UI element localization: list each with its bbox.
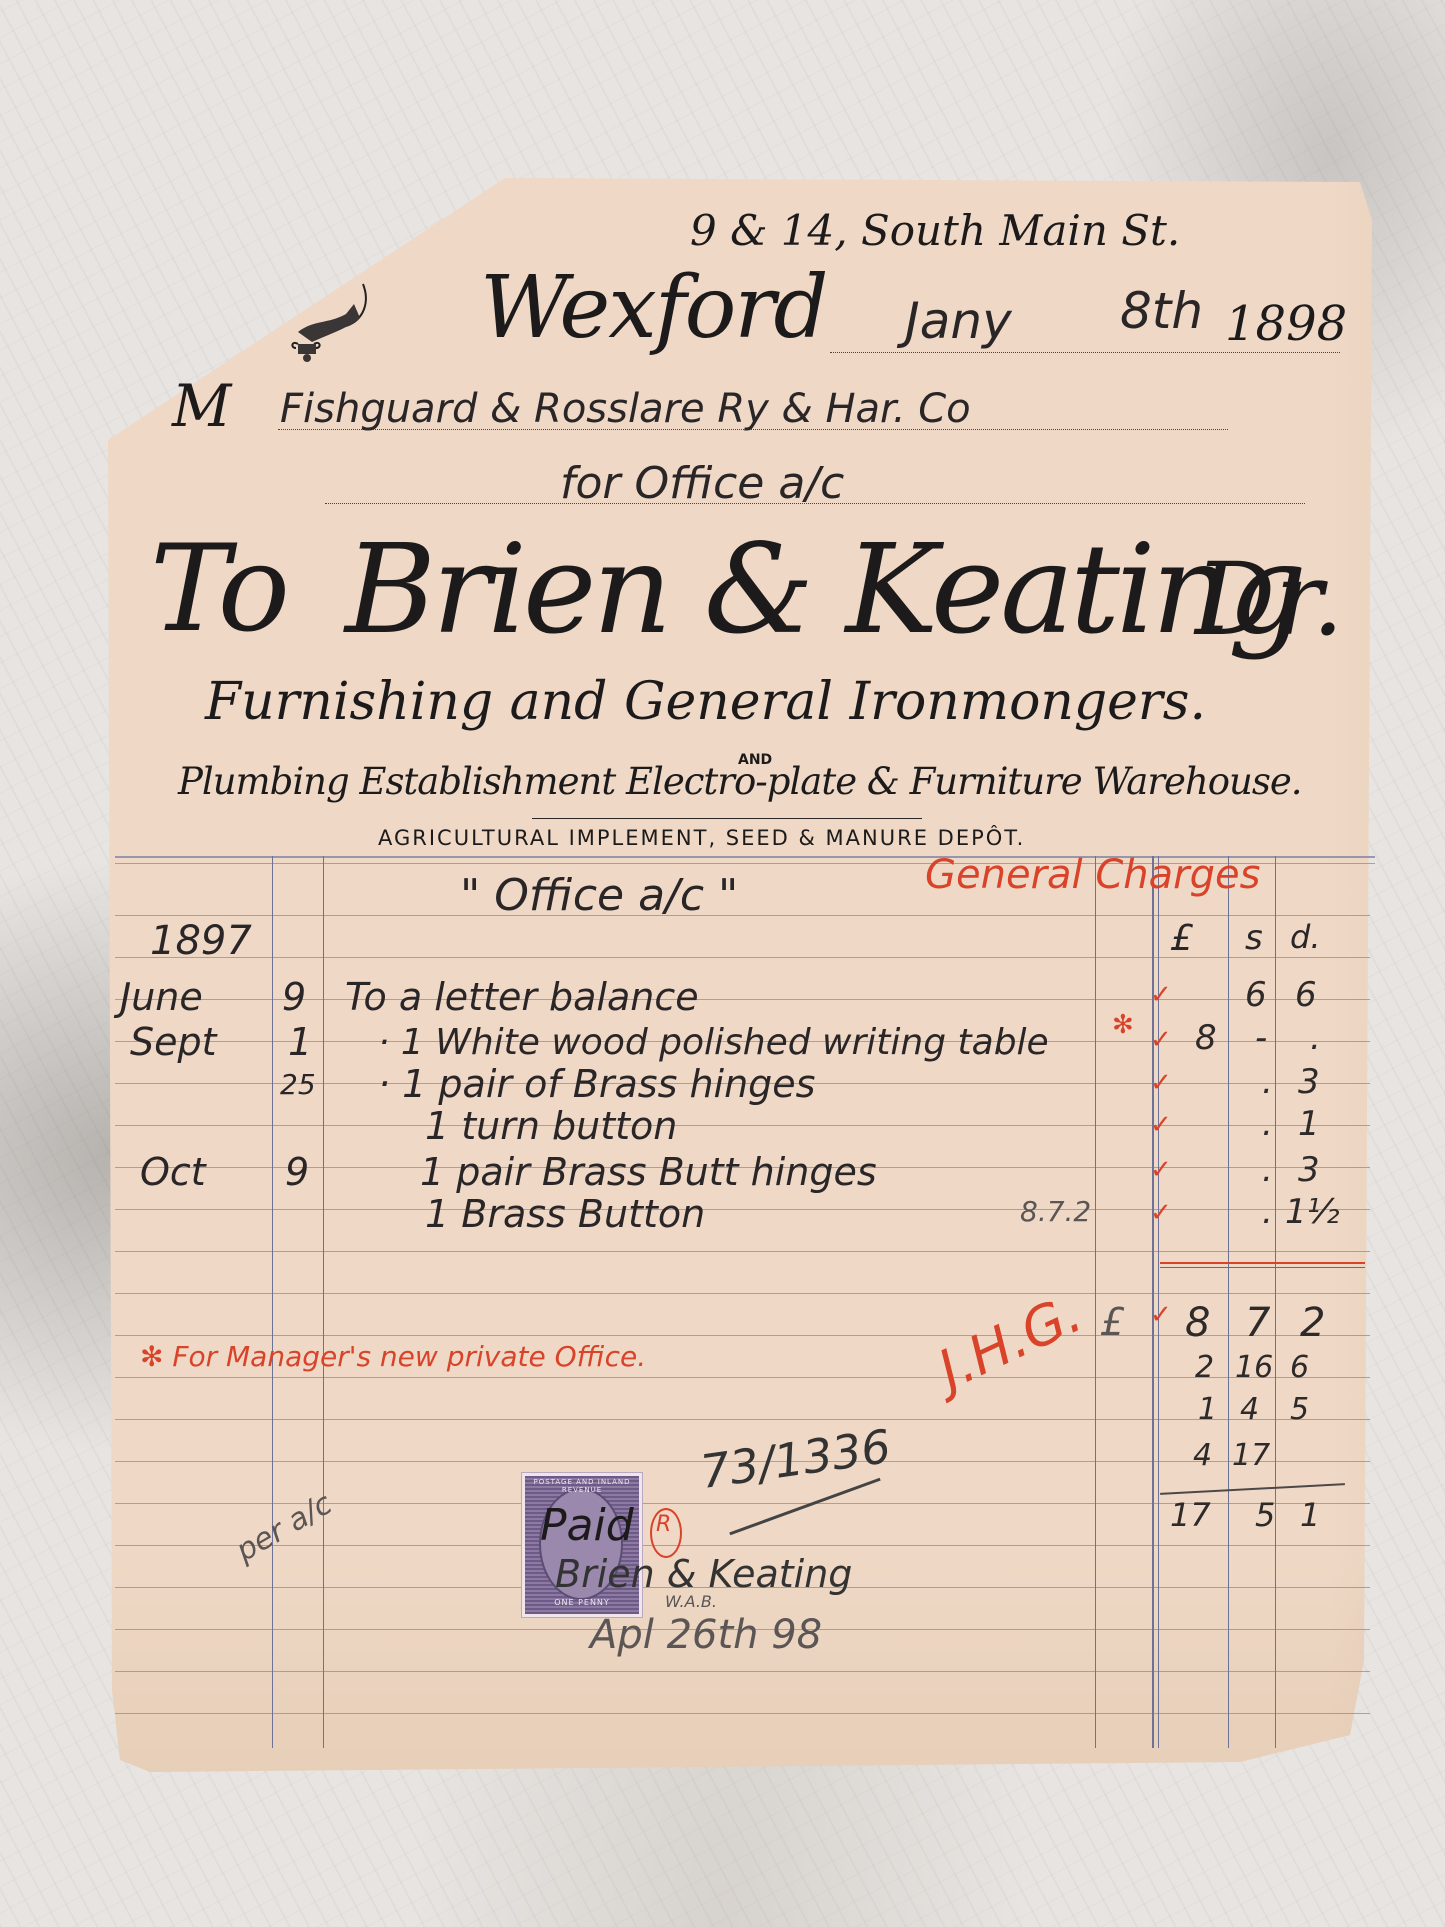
row-pounds: 8	[1195, 1018, 1217, 1058]
row-month: Oct	[140, 1150, 206, 1194]
row-shillings: .	[1262, 1150, 1273, 1190]
firm-debtor-suffix: Dr.	[1195, 540, 1344, 660]
for-office-line: for Office a/c	[560, 458, 844, 509]
ledger-year: 1897	[150, 918, 252, 964]
ledger-line	[115, 1671, 1370, 1672]
addition-shillings: 17	[1232, 1438, 1270, 1473]
ledger-line	[115, 1335, 1370, 1336]
row-description: 1 turn button	[425, 1104, 677, 1148]
total-pound-sign: £	[1100, 1300, 1124, 1344]
ledger-line	[115, 1209, 1370, 1210]
firm-name: Brien & Keating	[345, 520, 1303, 660]
row-pence: 3	[1298, 1150, 1320, 1190]
total-pounds: 8	[1185, 1300, 1210, 1346]
messrs-prefix: M	[172, 372, 231, 440]
total-pence: 2	[1300, 1300, 1325, 1346]
trade-line-1: Furnishing and General Ironmongers.	[205, 672, 1206, 732]
row-description: · 1 White wood polished writing table	[378, 1022, 1049, 1063]
receipt-date: Apl 26th 98	[590, 1612, 822, 1658]
row-description: To a letter balance	[345, 975, 699, 1019]
addition-shillings: 16	[1235, 1350, 1273, 1385]
grand-total-pence: 1	[1300, 1496, 1320, 1534]
row-day: 1	[288, 1020, 312, 1064]
ledger-line	[115, 1125, 1370, 1126]
receipt-initials: W.A.B.	[665, 1592, 717, 1611]
row-month: Sept	[130, 1020, 217, 1064]
row-pence: .	[1310, 1018, 1321, 1058]
row-pence: 6	[1295, 975, 1317, 1015]
ledger-line	[115, 1377, 1370, 1378]
red-general-charges: General Charges	[925, 852, 1260, 898]
ledger-line	[115, 1545, 1370, 1546]
ledger-line	[115, 1713, 1370, 1714]
column-shillings-divider	[1228, 856, 1229, 1748]
ledger-heading: " Office a/c "	[460, 870, 738, 921]
ledger-line	[115, 1419, 1370, 1420]
red-circle-letter: R	[656, 1512, 671, 1537]
red-footnote: ✻ For Manager's new private Office.	[140, 1340, 646, 1373]
customer-name: Fishguard & Rosslare Ry & Har. Co	[280, 386, 971, 432]
row-shillings: .	[1262, 1062, 1273, 1102]
row-day: 9	[285, 1150, 309, 1194]
red-check-icon: ✓	[1150, 1300, 1172, 1330]
red-check-icon: ✓	[1150, 1155, 1172, 1185]
red-check-icon: ✓	[1150, 1025, 1172, 1055]
ledger-line	[115, 1293, 1370, 1294]
row-pence: 1	[1298, 1104, 1320, 1144]
total-shillings: 7	[1245, 1300, 1270, 1346]
trade-line-2: Plumbing Establishment Electro-plate & F…	[178, 760, 1302, 803]
row-pence: 1½	[1285, 1192, 1340, 1232]
header-shillings: s	[1245, 918, 1263, 958]
row-shillings: 6	[1245, 975, 1267, 1015]
firm-to-prefix: To	[150, 520, 287, 660]
addition-pounds: 2	[1195, 1350, 1214, 1385]
address-line: 9 & 14, South Main St.	[690, 206, 1180, 255]
red-check-icon: ✓	[1150, 1068, 1172, 1098]
paid-mark: Paid	[540, 1500, 634, 1551]
header-pence: d.	[1290, 918, 1320, 956]
date-day: 8th	[1120, 282, 1203, 340]
red-check-icon: ✓	[1150, 1110, 1172, 1140]
ledger-line	[115, 1251, 1370, 1252]
column-month-divider	[272, 856, 273, 1748]
addition-pence: 5	[1290, 1392, 1309, 1427]
ledger-line	[115, 915, 1370, 916]
row-shillings: .	[1262, 1104, 1273, 1144]
stamp-top-text: POSTAGE AND INLAND REVENUE	[531, 1478, 633, 1494]
row-month: June	[120, 975, 203, 1019]
addition-pounds: 1	[1198, 1392, 1217, 1427]
column-desc-divider	[1095, 856, 1096, 1748]
crest-emblem-icon	[268, 282, 378, 372]
red-asterisk-mark: ✻	[1112, 1010, 1134, 1040]
row-description: 1 Brass Button	[425, 1192, 705, 1236]
date-month: Jany	[905, 292, 1012, 350]
row-day: 9	[282, 975, 306, 1019]
receipt-signature: Brien & Keating	[555, 1552, 852, 1596]
trade-underline	[532, 818, 922, 819]
row-day: 25	[280, 1068, 316, 1101]
trade-line-3: AGRICULTURAL IMPLEMENT, SEED & MANURE DE…	[378, 826, 1025, 850]
grand-total-shillings: 5	[1255, 1496, 1275, 1534]
stamp-bottom-text: ONE PENNY	[531, 1598, 633, 1607]
town-name: Wexford	[480, 258, 827, 358]
row-description: · 1 pair of Brass hinges	[378, 1062, 815, 1106]
pencil-subtotal: 8.7.2	[1020, 1195, 1091, 1228]
row-description: 1 pair Brass Butt hinges	[420, 1150, 877, 1194]
row-shillings: .	[1262, 1192, 1273, 1232]
addition-pence: 6	[1290, 1350, 1309, 1385]
red-total-rule-2	[1160, 1267, 1365, 1268]
red-check-icon: ✓	[1150, 1198, 1172, 1228]
row-pence: 3	[1298, 1062, 1320, 1102]
red-total-rule	[1160, 1262, 1365, 1264]
column-day-divider	[323, 856, 324, 1748]
red-check-icon: ✓	[1150, 980, 1172, 1010]
addition-shillings: 4	[1240, 1392, 1259, 1427]
addition-pounds: 4	[1193, 1438, 1212, 1473]
date-underline	[830, 352, 1340, 353]
row-shillings: -	[1255, 1018, 1267, 1058]
column-pence-divider	[1275, 856, 1276, 1748]
grand-total-pounds: 17	[1170, 1496, 1211, 1534]
header-pounds: £	[1170, 918, 1193, 959]
date-year: 1898	[1225, 296, 1347, 352]
